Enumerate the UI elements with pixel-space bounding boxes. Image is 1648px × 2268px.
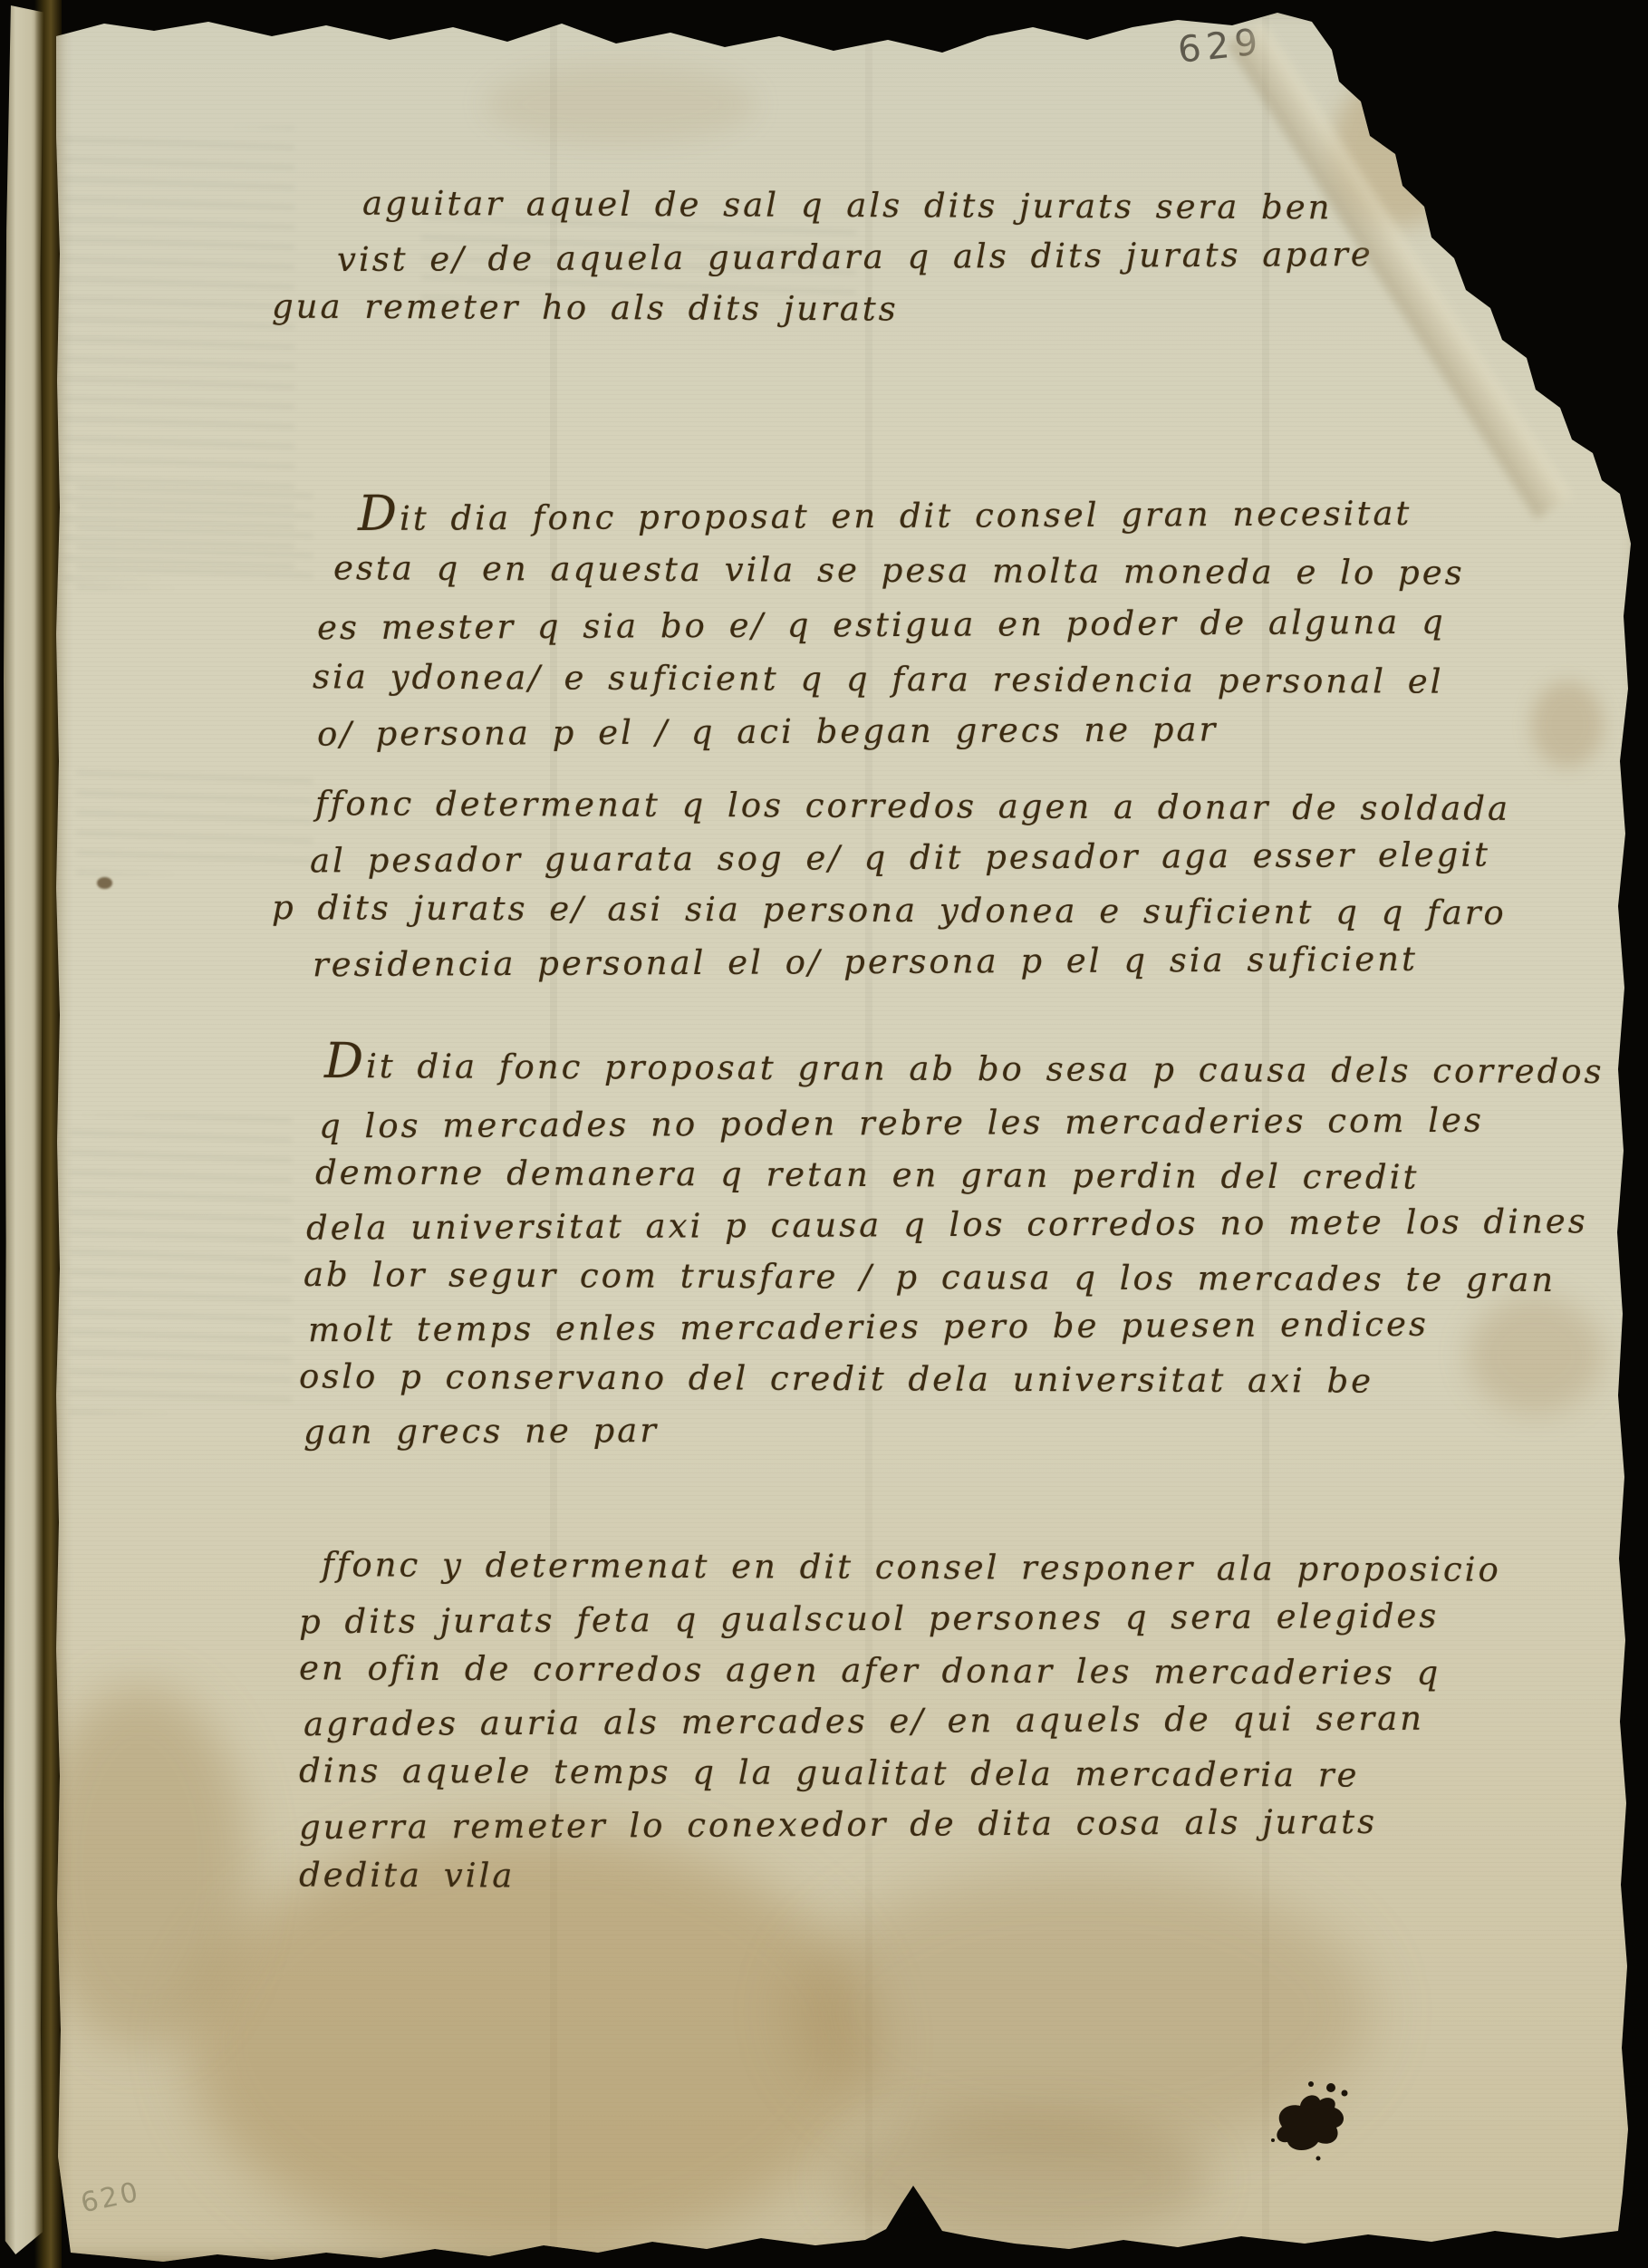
manuscript-page: 629 aguitar aquel de sal q als dits jura… bbox=[50, 0, 1648, 2268]
ink-speck bbox=[1171, 3, 1197, 21]
ink-speck bbox=[1229, 0, 1247, 14]
manuscript-photo: 629 aguitar aquel de sal q als dits jura… bbox=[0, 0, 1648, 2268]
page-edge-shading bbox=[50, 0, 1648, 2268]
ink-speck bbox=[1010, 11, 1021, 18]
